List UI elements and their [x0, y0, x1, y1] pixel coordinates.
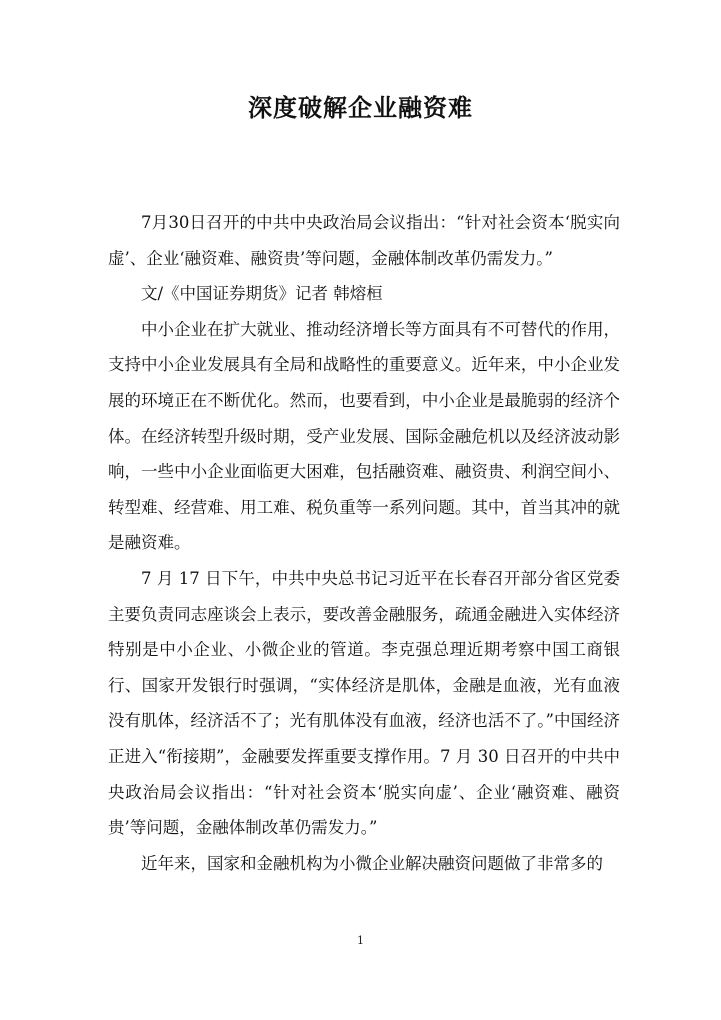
page-number: 1 [0, 934, 721, 947]
paragraph-byline: 文/《中国证券期货》记者 韩熔桓 [108, 276, 620, 312]
paragraph-recent: 近年来，国家和金融机构为小微企业解决融资问题做了非常多的 [108, 846, 620, 882]
paragraph-intro: 中小企业在扩大就业、推动经济增长等方面具有不可替代的作用，支持中小企业发展具有全… [108, 312, 620, 561]
paragraph-lead: 7月30日召开的中共中央政治局会议指出：“针对社会资本‘脱实向虚’、企业‘融资难… [108, 205, 620, 276]
document-page: 深度破解企业融资难 7月30日召开的中共中央政治局会议指出：“针对社会资本‘脱实… [0, 0, 721, 1020]
document-body: 7月30日召开的中共中央政治局会议指出：“针对社会资本‘脱实向虚’、企业‘融资难… [108, 205, 620, 881]
document-title: 深度破解企业融资难 [0, 88, 721, 123]
paragraph-policy: 7 月 17 日下午，中共中央总书记习近平在长春召开部分省区党委主要负责同志座谈… [108, 561, 620, 846]
